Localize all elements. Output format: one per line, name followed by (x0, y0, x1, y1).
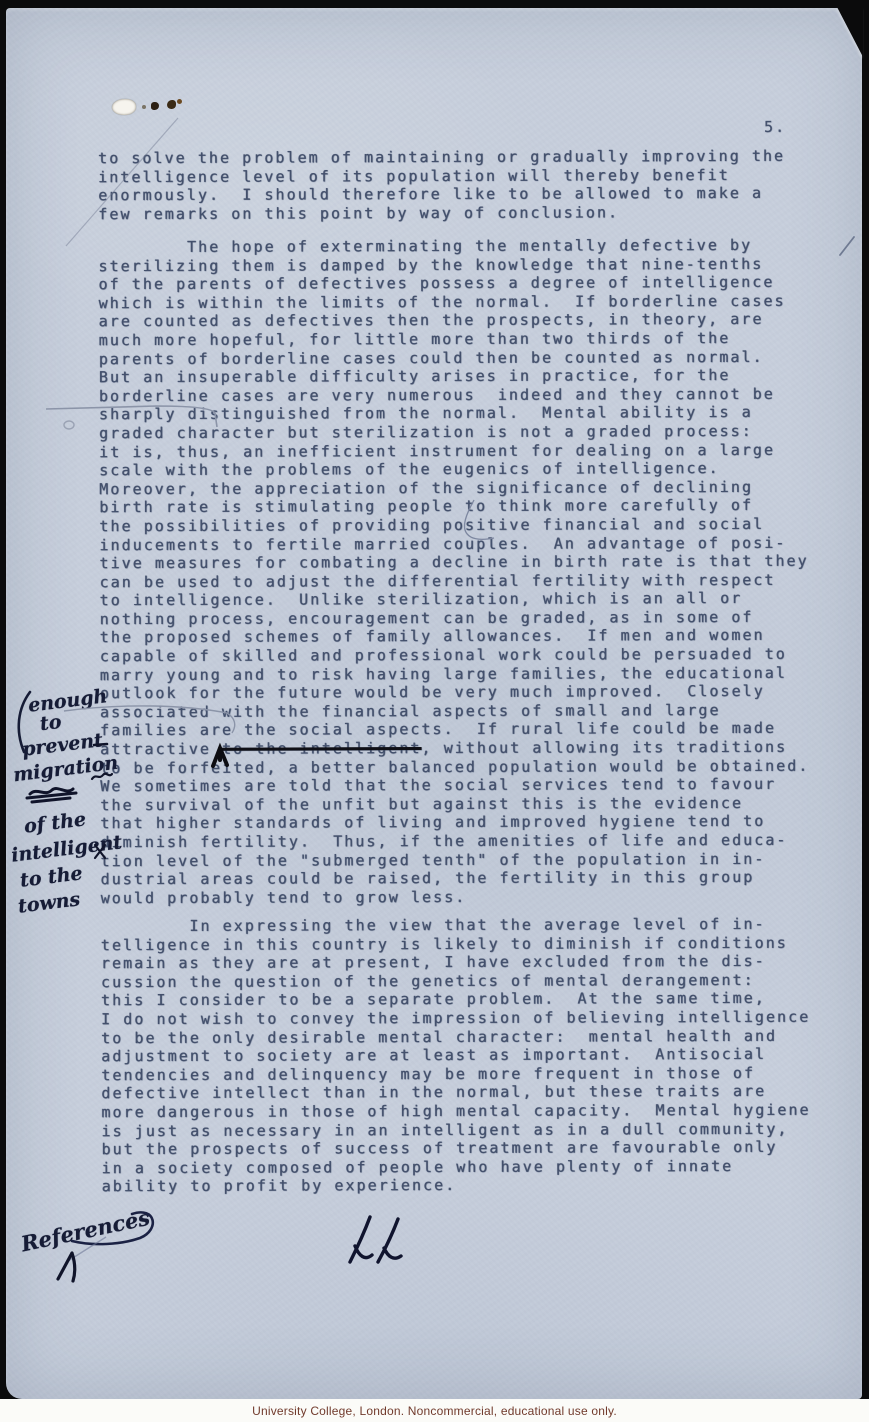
typed-line: of the parents of defectives possess a d… (99, 273, 808, 294)
typed-line: enormously. I should therefore like to b… (98, 184, 785, 205)
footer-credit-text: University College, London. Noncommercia… (252, 1404, 617, 1418)
typed-line: birth rate is stimulating people to thin… (99, 496, 808, 517)
typed-line: tion level of the "submerged tenth" of t… (101, 849, 810, 870)
typed-line: outlook for the future would be very muc… (100, 682, 809, 703)
margin-note-line: to (39, 713, 63, 734)
typed-line: I do not wish to convey the impression o… (101, 1008, 810, 1029)
typed-line: associated with the financial aspects of… (100, 701, 809, 722)
typed-line: marry young and to risk having large fam… (100, 663, 809, 684)
document-page: 5. to solve the problem of maintaining o… (6, 8, 862, 1399)
typed-line: remain as they are at present, I have ex… (101, 952, 810, 973)
typed-line: it is, thus, an inefficient instrument f… (99, 440, 808, 461)
typed-line: adjustment to society are at least as im… (101, 1045, 810, 1066)
typed-line: scale with the problems of the eugenics … (99, 459, 808, 480)
typed-line: this I consider to be a separate problem… (101, 989, 810, 1010)
typed-line: sterilizing them is damped by the knowle… (98, 254, 807, 275)
typed-line: to intelligence. Unlike sterilization, w… (100, 589, 809, 610)
typed-line: graded character but sterilization is no… (99, 422, 808, 443)
page-number: 5. (764, 118, 786, 136)
typed-line: telligence in this country is likely to … (101, 933, 810, 954)
typed-line: much more hopeful, for little more than … (99, 329, 808, 350)
typed-text-layer: 5. to solve the problem of maintaining o… (4, 7, 865, 1401)
typed-line: intelligence level of its population wil… (98, 165, 785, 186)
typed-line: would probably tend to grow less. (101, 886, 810, 907)
typed-line: sharply distinguished from the normal. M… (99, 403, 808, 424)
typed-line: tendencies and delinquency may be more f… (101, 1063, 810, 1084)
typed-line: capable of skilled and professional work… (100, 645, 809, 666)
typed-line: to solve the problem of maintaining or g… (98, 147, 785, 168)
typed-line: the survival of the unfit but against th… (100, 794, 809, 815)
struck-text: to the intelligent (222, 739, 422, 758)
typed-line: Moreover, the appreciation of the signif… (99, 477, 808, 498)
typed-line: The hope of exterminating the mentally d… (98, 236, 807, 257)
paragraph-1: to solve the problem of maintaining or g… (98, 147, 785, 224)
typed-line: diminish fertility. Thus, if the ameniti… (100, 831, 809, 852)
typed-line: but the prospects of success of treatmen… (102, 1138, 811, 1159)
typed-line: is just as necessary in an intelligent a… (101, 1119, 810, 1140)
paragraph-3: In expressing the view that the average … (101, 915, 811, 1196)
typed-line: We sometimes are told that the social se… (100, 775, 809, 796)
typed-line: families are the social aspects. If rura… (100, 719, 809, 740)
typed-line: nothing process, encouragement can be gr… (100, 608, 809, 629)
typed-line: few remarks on this point by way of conc… (98, 203, 785, 224)
typed-line: defective intellect than in the normal, … (101, 1082, 810, 1103)
typed-line: inducements to fertile married couples. … (99, 533, 808, 554)
typed-line: parents of borderline cases could then b… (99, 347, 808, 368)
typed-line: attractive to the intelligent, without a… (100, 738, 809, 759)
typed-line: the possibilities of providing positive … (99, 515, 808, 536)
typed-line: the proposed schemes of family allowance… (100, 626, 809, 647)
paragraph-2: The hope of exterminating the mentally d… (98, 236, 810, 908)
typed-line: are counted as defectives then the prosp… (99, 310, 808, 331)
typed-line: that higher standards of living and impr… (100, 812, 809, 833)
typed-line: ability to profit by experience. (102, 1175, 811, 1196)
typed-line: which is within the limits of the normal… (99, 291, 808, 312)
footer-credit-bar: University College, London. Noncommercia… (0, 1399, 869, 1422)
typed-line: cussion the question of the genetics of … (101, 970, 810, 991)
typed-line: more dangerous in those of high mental c… (101, 1101, 810, 1122)
typed-line: in a society composed of people who have… (102, 1156, 811, 1177)
typed-line: can be used to adjust the differential f… (100, 570, 809, 591)
typed-line: borderline cases are very numerous indee… (99, 384, 808, 405)
typed-line: In expressing the view that the average … (101, 915, 810, 936)
typed-line: to be the only desirable mental characte… (101, 1026, 810, 1047)
typed-line: to be forfeited, a better balanced popul… (100, 756, 809, 777)
scanned-document: 5. to solve the problem of maintaining o… (0, 0, 869, 1422)
typed-line: But an insuperable difficulty arises in … (99, 366, 808, 387)
typed-line: dustrial areas could be raised, the fert… (101, 868, 810, 889)
typed-line: tive measures for combating a decline in… (99, 552, 808, 573)
